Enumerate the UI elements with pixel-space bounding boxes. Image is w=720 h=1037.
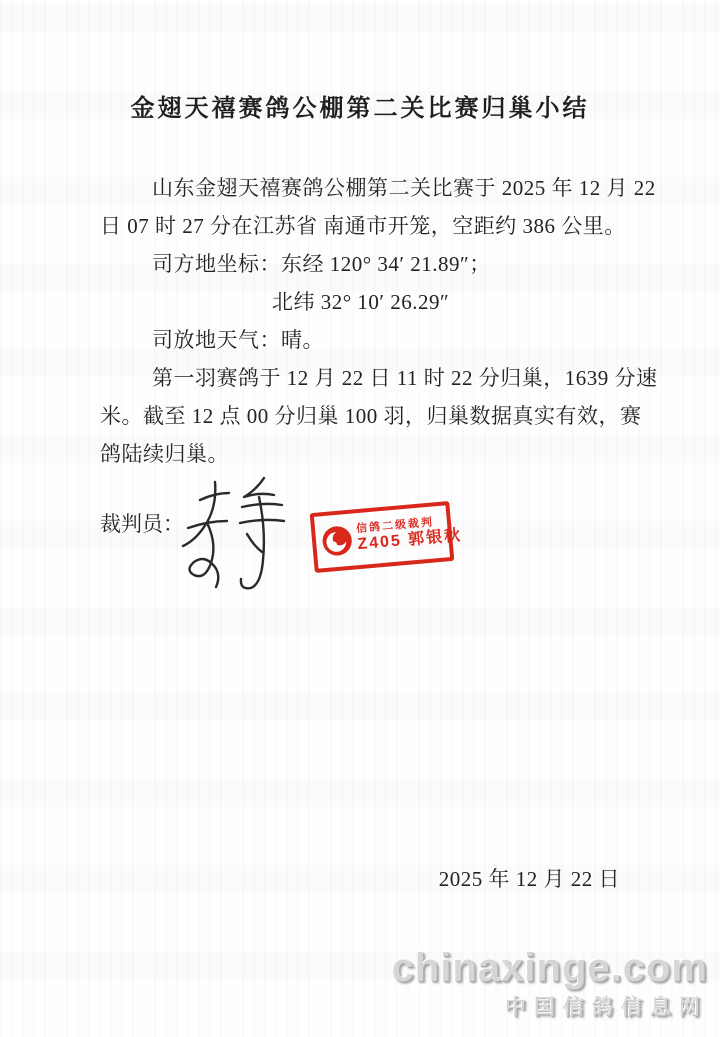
watermark-site-url: chinaxinge.com — [392, 947, 708, 989]
document-date: 2025 年 12 月 22 日 — [439, 863, 620, 893]
body-line: 鸽陆续归巢。 — [100, 435, 624, 473]
body-line: 日 07 时 27 分在江苏省 南通市开笼，空距约 386 公里。 — [100, 207, 624, 245]
document-body: 山东金翅天禧赛鸽公棚第二关比赛于 2025 年 12 月 22 日 07 时 2… — [100, 169, 624, 473]
body-line-coordinates-latitude: 北纬 32° 10′ 26.29″ — [100, 283, 624, 321]
body-line: 第一羽赛鸽于 12 月 22 日 11 时 22 分归巢，1639 分速 — [100, 359, 624, 397]
referee-certification-stamp: 信鸽二级裁判 Z405 郭银秋 — [310, 501, 455, 573]
body-line-coordinates-longitude: 司方地坐标：东经 120° 34′ 21.89″； — [100, 245, 624, 283]
scanned-document-page: 金翅天禧赛鸽公棚第二关比赛归巢小结 山东金翅天禧赛鸽公棚第二关比赛于 2025 … — [0, 0, 720, 1037]
watermark-site-name-cn: 中国信鸽信息网 — [392, 991, 708, 1021]
pigeon-association-logo-icon — [320, 524, 355, 559]
handwritten-signature — [170, 470, 302, 598]
stamp-text-block: 信鸽二级裁判 Z405 郭银秋 — [356, 515, 463, 555]
body-line: 米。截至 12 点 00 分归巢 100 羽，归巢数据真实有效，赛 — [100, 397, 624, 435]
site-watermark: chinaxinge.com 中国信鸽信息网 — [392, 947, 708, 1021]
body-line: 山东金翅天禧赛鸽公棚第二关比赛于 2025 年 12 月 22 — [100, 169, 624, 207]
signature-strokes — [170, 470, 302, 598]
page-title: 金翅天禧赛鸽公棚第二关比赛归巢小结 — [0, 88, 720, 123]
body-line-weather: 司放地天气：晴。 — [100, 321, 624, 359]
